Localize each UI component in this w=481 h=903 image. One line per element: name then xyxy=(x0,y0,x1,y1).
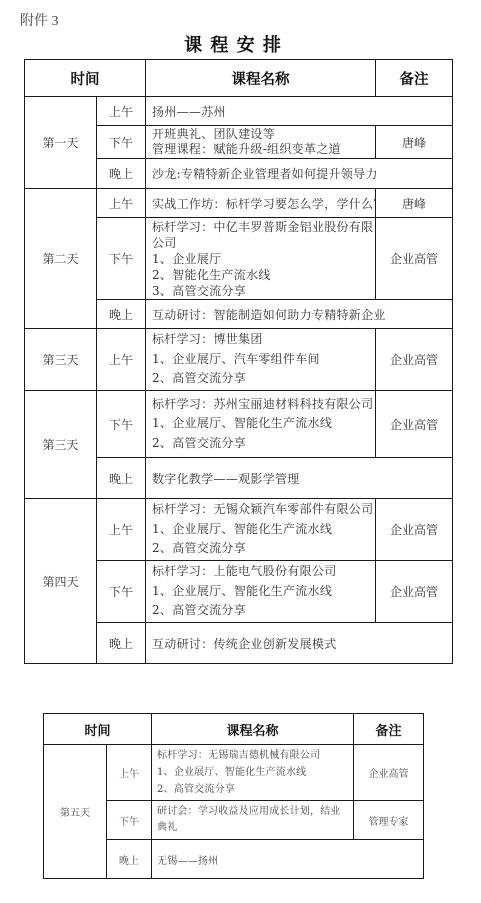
course-line: 1、企业展厅、汽车零组件车间 xyxy=(152,350,375,370)
course-line: 实战工作坊：标杆学习要怎么学，学什么？ xyxy=(152,195,375,212)
period-label: 下午 xyxy=(97,561,146,623)
table-header-row: 时间 课程名称 备注 xyxy=(25,60,453,97)
note-cell: 唐峰 xyxy=(376,126,453,159)
note-cell: 唐峰 xyxy=(376,189,453,218)
period-label: 下午 xyxy=(97,126,146,159)
course-line: 互动研讨：智能制造如何助力专精特新企业 xyxy=(152,306,452,323)
course-line: 标杆学习：上能电气股份有限公司 xyxy=(152,562,375,582)
course-line: 2、高管交流分享 xyxy=(152,434,375,454)
note-cell: 管理专家 xyxy=(354,801,424,840)
period-label: 下午 xyxy=(107,801,152,840)
course-cell: 实战工作坊：标杆学习要怎么学，学什么？ xyxy=(146,189,376,218)
period-label: 上午 xyxy=(97,189,146,218)
page-title: 课 程 安 排 xyxy=(0,31,466,57)
note-cell: 企业高管 xyxy=(376,499,453,561)
course-line: 1、企业展厅、智能化生产流水线 xyxy=(152,414,375,434)
course-line: 数字化教学——观影学管理 xyxy=(152,470,452,487)
course-line: 1、企业展厅、智能化生产流水线 xyxy=(152,582,375,602)
course-line: 2、高管交流分享 xyxy=(152,539,375,559)
course-line: 沙龙:专精特新企业管理者如何提升领导力 xyxy=(152,165,452,182)
period-label: 晚上 xyxy=(97,300,146,329)
course-line: 扬州——苏州 xyxy=(152,103,452,120)
course-line: 3、高管交流分享 xyxy=(152,283,375,299)
course-cell: 标杆学习：苏州宝丽迪材料科技有限公司 1、企业展厅、智能化生产流水线 2、高管交… xyxy=(146,391,376,458)
period-label: 晚上 xyxy=(97,159,146,189)
course-line: 标杆学习：苏州宝丽迪材料科技有限公司 xyxy=(152,395,375,415)
course-cell: 扬州——苏州 xyxy=(146,97,453,126)
day-label: 第五天 xyxy=(44,745,107,879)
attachment-label: 附件 3 xyxy=(20,10,59,30)
course-cell: 标杆学习：上能电气股份有限公司 1、企业展厅、智能化生产流水线 2、高管交流分享 xyxy=(146,561,376,623)
period-label: 晚上 xyxy=(97,623,146,664)
course-line: 管理课程：赋能升级-组织变革之道 xyxy=(152,142,375,157)
schedule-table-1: 时间 课程名称 备注 第一天 上午 扬州——苏州 下午 开班典礼、团队建设等 管… xyxy=(24,59,453,664)
note-cell: 企业高管 xyxy=(376,391,453,458)
course-cell: 互动研讨：传统企业创新发展模式 xyxy=(146,623,453,664)
header-note: 备注 xyxy=(376,60,453,97)
course-line: 标杆学习：无锡众颖汽车零部件有限公司 xyxy=(152,500,375,520)
period-label: 上午 xyxy=(107,745,152,801)
course-cell: 开班典礼、团队建设等 管理课程：赋能升级-组织变革之道 xyxy=(146,126,376,159)
table-row: 第三天 下午 标杆学习：苏州宝丽迪材料科技有限公司 1、企业展厅、智能化生产流水… xyxy=(25,391,453,458)
header-time: 时间 xyxy=(44,714,152,745)
course-line: 开班典礼、团队建设等 xyxy=(152,127,375,142)
course-cell: 互动研讨：智能制造如何助力专精特新企业 xyxy=(146,300,453,329)
day-label: 第三天 xyxy=(25,329,97,391)
course-line: 2、高管交流分享 xyxy=(152,369,375,389)
course-cell: 沙龙:专精特新企业管理者如何提升领导力 xyxy=(146,159,453,189)
course-cell: 标杆学习：中亿丰罗普斯金铝业股份有限 公司 1、企业展厅 2、智能化生产流水线 … xyxy=(146,218,376,300)
schedule-table-2: 时间 课程名称 备注 第五天 上午 标杆学习：无锡瑞吉德机械有限公司 1、企业展… xyxy=(43,713,424,879)
table-row: 第一天 上午 扬州——苏州 xyxy=(25,97,453,126)
table-row: 第二天 上午 实战工作坊：标杆学习要怎么学，学什么？ 唐峰 xyxy=(25,189,453,218)
course-line: 典礼 xyxy=(157,820,353,836)
course-cell: 无锡——扬州 xyxy=(152,840,424,879)
period-label: 下午 xyxy=(97,218,146,300)
course-line: 研讨会：学习收益及应用成长计划，结业 xyxy=(157,804,353,820)
header-course: 课程名称 xyxy=(152,714,354,745)
period-label: 上午 xyxy=(97,499,146,561)
course-line: 2、高管交流分享 xyxy=(157,781,353,798)
course-cell: 数字化教学——观影学管理 xyxy=(146,458,453,499)
course-cell: 标杆学习：博世集团 1、企业展厅、汽车零组件车间 2、高管交流分享 xyxy=(146,329,376,391)
course-line: 无锡——扬州 xyxy=(157,852,423,867)
period-label: 晚上 xyxy=(107,840,152,879)
course-line: 标杆学习：博世集团 xyxy=(152,330,375,350)
header-course: 课程名称 xyxy=(146,60,376,97)
day-label: 第四天 xyxy=(25,499,97,664)
course-line: 2、智能化生产流水线 xyxy=(152,267,375,283)
course-line: 标杆学习：中亿丰罗普斯金铝业股份有限 xyxy=(152,219,375,235)
period-label: 上午 xyxy=(97,97,146,126)
course-cell: 标杆学习：无锡瑞吉德机械有限公司 1、企业展厅、智能化生产流水线 2、高管交流分… xyxy=(152,745,354,801)
note-cell: 企业高管 xyxy=(376,218,453,300)
course-line: 1、企业展厅、智能化生产流水线 xyxy=(152,520,375,540)
course-line: 公司 xyxy=(152,235,375,251)
day-label: 第一天 xyxy=(25,97,97,189)
day-label: 第三天 xyxy=(25,391,97,499)
table-row: 第三天 上午 标杆学习：博世集团 1、企业展厅、汽车零组件车间 2、高管交流分享… xyxy=(25,329,453,391)
header-time: 时间 xyxy=(25,60,146,97)
note-cell: 企业高管 xyxy=(354,745,424,801)
day-label: 第二天 xyxy=(25,189,97,329)
course-line: 2、高管交流分享 xyxy=(152,601,375,621)
period-label: 上午 xyxy=(97,329,146,391)
period-label: 下午 xyxy=(97,391,146,458)
note-cell: 企业高管 xyxy=(376,329,453,391)
header-note: 备注 xyxy=(354,714,424,745)
note-cell: 企业高管 xyxy=(376,561,453,623)
course-cell: 标杆学习：无锡众颖汽车零部件有限公司 1、企业展厅、智能化生产流水线 2、高管交… xyxy=(146,499,376,561)
table-header-row: 时间 课程名称 备注 xyxy=(44,714,424,745)
course-line: 互动研讨：传统企业创新发展模式 xyxy=(152,635,452,652)
course-line: 标杆学习：无锡瑞吉德机械有限公司 xyxy=(157,747,353,764)
course-line: 1、企业展厅、智能化生产流水线 xyxy=(157,764,353,781)
period-label: 晚上 xyxy=(97,458,146,499)
table-row: 第五天 上午 标杆学习：无锡瑞吉德机械有限公司 1、企业展厅、智能化生产流水线 … xyxy=(44,745,424,801)
course-line: 1、企业展厅 xyxy=(152,251,375,267)
course-cell: 研讨会：学习收益及应用成长计划，结业 典礼 xyxy=(152,801,354,840)
table-row: 第四天 上午 标杆学习：无锡众颖汽车零部件有限公司 1、企业展厅、智能化生产流水… xyxy=(25,499,453,561)
